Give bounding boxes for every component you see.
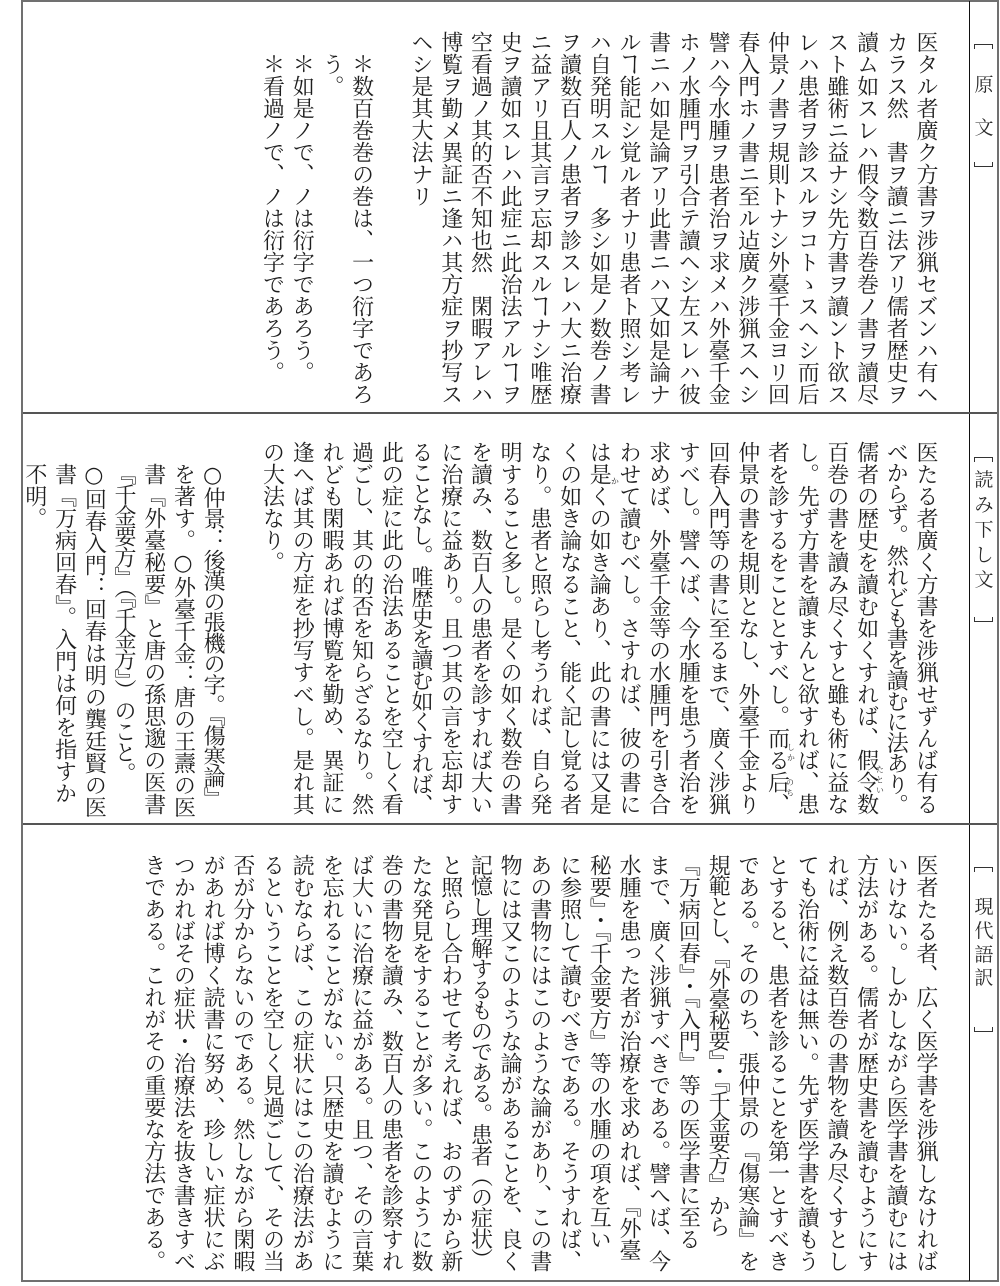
text-column: 博覧ヲ勤メ異証ニ逢ハ其方症ヲ抄写ス [435,31,465,405]
text-column: に参照して讀むべきである。そうすれば、 [554,854,584,1272]
annotation-note: ○回春入門：回春は明の龔廷賢の医 [79,441,109,815]
heading-char: 訳 [970,967,998,989]
text-column: 百巻の書を讀み尽くすと雖も術に益な [821,441,851,815]
text-column: べからず。然れども書を讀むに法あり。 [881,441,911,815]
text-column: 此の症に此の治法あることを空しく看 [376,441,406,815]
bracket-close-icon [974,162,993,167]
text-column: があれば博く読書に努め、珍しい症状にぶ [197,854,227,1272]
text-column: ても治術に益は無い。先ず医学書を讀もう [791,854,821,1272]
annotation-note: 書『万病回春』。入門は何を指すか [49,441,79,815]
column-spacer [227,441,257,815]
text-column: を忘れることがない。只歴史を讀むように [316,854,346,1272]
text-column: ホノ水腫門ヲ引合テ讀ヘシ左スレハ彼 [673,31,703,405]
text-column: 水腫を患った者が治療を求めれば、『外臺 [613,854,643,1272]
text-column: 巻の書物を讀み、数百人の患者を診察すれ [376,854,406,1272]
bracket-open-icon [974,867,993,872]
column-spacer [376,31,406,405]
text-column: とすると、患者を診ることを第一とすべき [762,854,792,1272]
text-column: 譬ハ今水腫ヲ患者治ヲ求メハ外臺千金 [702,31,732,405]
section-divider [23,412,997,414]
text-column: まで、廣く涉猟すべきである。譬へば、今 [643,854,673,1272]
furigana: か [611,477,620,488]
text-column: 讀ム如スレハ假令数百巻巻ノ書ヲ讀尽 [851,31,881,405]
reading-text-body: 医たる者廣く方書を涉猟せずんば有る べからず。然れども書を讀むに法あり。 儒者の… [19,441,940,815]
text-column: あの書物にはこのような論があり、この書 [524,854,554,1272]
annotation-note: 不明。 [19,441,49,815]
text-column: たな発見をすることが多い。このように数 [405,854,435,1272]
heading-char: 語 [970,944,998,966]
text-column: 記憶し理解するものである。患者（の症状） [465,854,495,1272]
text-column: いけない。しかしながら医学書を讀むには [881,854,911,1272]
text-column: れども閑暇あれば博覧を勤め、異証に [316,441,346,815]
bracket-open-icon [974,457,993,462]
text-column: 医者たる者、広く医学書を涉猟しなければ [910,854,940,1272]
text-column: るということを空しく見過ごして、その当 [257,854,287,1272]
bracket-close-icon [974,617,993,622]
text-column: 儒者の歴史を讀む如くすれば、假令数 [851,441,881,815]
text-column: は是くの如き論あり、此の書には又是 [584,441,614,815]
text-column: スト雖術ニ益ナシ先方書ヲ讀ント欲ス [821,31,851,405]
text-column: と照らし合わせて考えれば、おのずから新 [435,854,465,1272]
heading-char: 文 [970,117,998,139]
text-column: に治療に益あり。且つ其の言を忘却す [435,441,465,815]
heading-char: 下 [970,519,998,541]
text-column: し。先ず方書を讀まんと欲すれば、患 [791,441,821,815]
text-column: 規範とし、『外臺秘要』・『千金要方』から [702,854,732,1272]
furigana: たとい [876,765,885,797]
annotation-note: ＊数百巻巻の巻は、一つ衍字であろ [346,31,376,405]
text-column: きである。これがその重要な方法である。 [138,854,168,1272]
text-column: ることなし。唯歴史を讀む如くすれば、 [405,441,435,815]
text-column: 明すること多し。是くの如く数巻の書 [494,441,524,815]
original-text-body: 医タル者廣ク方書ヲ涉猟セズンハ有ヘ カラス然𪜈書ヲ讀ニ法アリ儒者歴史ヲ 讀ム如ス… [257,31,940,405]
heading-char: し [970,544,998,566]
text-column: 逢へば其の方症を抄写すべし。是れ其 [287,441,317,815]
text-column: ルヿ能記シ覚ル者ナリ患者ト照シ考レ [613,31,643,405]
text-column: ヲ讀数百人ノ患者ヲ診スレハ大ニ治療 [554,31,584,405]
annotation-note: ＊如是ノで、ノは衍字であろう。 [287,31,317,405]
text-column: 空看過ノ其的否不知也然𪜈閑暇アレハ [465,31,495,405]
text-column: 否が分からないのである。然しながら閑暇 [227,854,257,1272]
text-column: ば大いに治療に益がある。且つ、その言葉 [346,854,376,1272]
bracket-open-icon [974,44,993,49]
text-column: 求めば、外臺千金等の水腫門を引き合 [643,441,673,815]
text-column: すべし。譬へば、今水腫を患う者治を [673,441,703,815]
annotation-note: ＊看過ノで、ノは衍字であろう。 [257,31,287,405]
text-column: 書ニハ如是論アリ此書ニハ又如是論ナ [643,31,673,405]
bracket-close-icon [974,1027,993,1032]
text-column: 読むならば、この症状にはこの治療法があ [287,854,317,1272]
text-column: なり。患者と照らし考うれば、自ら発 [524,441,554,815]
text-column: 物には又このような論があることを、良く [494,854,524,1272]
text-column: 秘要』・『千金要方』等の水腫の項を互い [584,854,614,1272]
annotation-note: ○仲景：後漢の張機の字。『傷寒論』 [197,441,227,815]
annotation-note: を著す。○外臺千金：唐の王燾の医 [168,441,198,815]
text-column: である。そののち、張仲景の『傷寒論』を [732,854,762,1272]
text-column: 仲景の書を規則となし、外臺千金より [732,441,762,815]
text-column: 春入門ホノ書ニ至ル迠廣ク涉猟スヘシ [732,31,762,405]
text-column: くの如き論なること、能く記し覚る者 [554,441,584,815]
text-column: 『万病回春』・『入門』等の医学書に至る [673,854,703,1272]
text-column: ハ自発明スルヿ 多シ如是ノ数巻ノ書 [584,31,614,405]
text-column: 医たる者廣く方書を涉猟せずんば有る [910,441,940,815]
text-column: つかればその症状・治療法を抜き書きすべ [168,854,198,1272]
heading-char: 原 [970,74,998,96]
text-column: カラス然𪜈書ヲ讀ニ法アリ儒者歴史ヲ [881,31,911,405]
heading-column-divider [969,1,971,1281]
text-column: 史ヲ讀如スレハ此症ニ此治法アルヿヲ [494,31,524,405]
translation-text-body: 医者たる者、広く医学書を涉猟しなければ いけない。しかしながら医学書を讀むには … [138,854,940,1272]
furigana: しか [787,743,796,764]
furigana: のち [786,778,795,799]
annotation-note: う。 [316,31,346,405]
text-column: 過ごし、其の的否を知らざるなり。然 [346,441,376,815]
text-column: レハ患者ヲ診スルヲコトゝスヘシ而后 [791,31,821,405]
heading-char: 代 [970,920,998,942]
annotation-note: 『千金要方』（『千金方』）のこと。 [108,441,138,815]
heading-char: 現 [970,896,998,918]
text-column: ニ益アリ且其言ヲ忘却スルヿナシ唯歴 [524,31,554,405]
section-divider [23,823,997,825]
heading-char: み [970,494,998,516]
annotation-note: 書『外臺秘要』と唐の孫思邈の医書 [138,441,168,815]
heading-char: 文 [970,569,998,591]
text-column: 方法がある。儒者が歴史書を讀むようにす [851,854,881,1272]
text-column: れば、例え数百巻の書物を讀み尽くすとし [821,854,851,1272]
text-column: 医タル者廣ク方書ヲ涉猟セズンハ有ヘ [910,31,940,405]
text-column: ヘシ是其大法ナリ [405,31,435,405]
text-column: わせて讀むべし。さすれば、彼の書に [613,441,643,815]
heading-char: 読 [970,469,998,491]
text-column: 回春入門等の書に至るまで、廣く涉猟 [702,441,732,815]
text-column: の大法なり。 [257,441,287,815]
text-column: 仲景ノ書ヲ規則トナシ外臺千金ヨリ回 [762,31,792,405]
text-column: を讀み、数百人の患者を診すれば大い [465,441,495,815]
